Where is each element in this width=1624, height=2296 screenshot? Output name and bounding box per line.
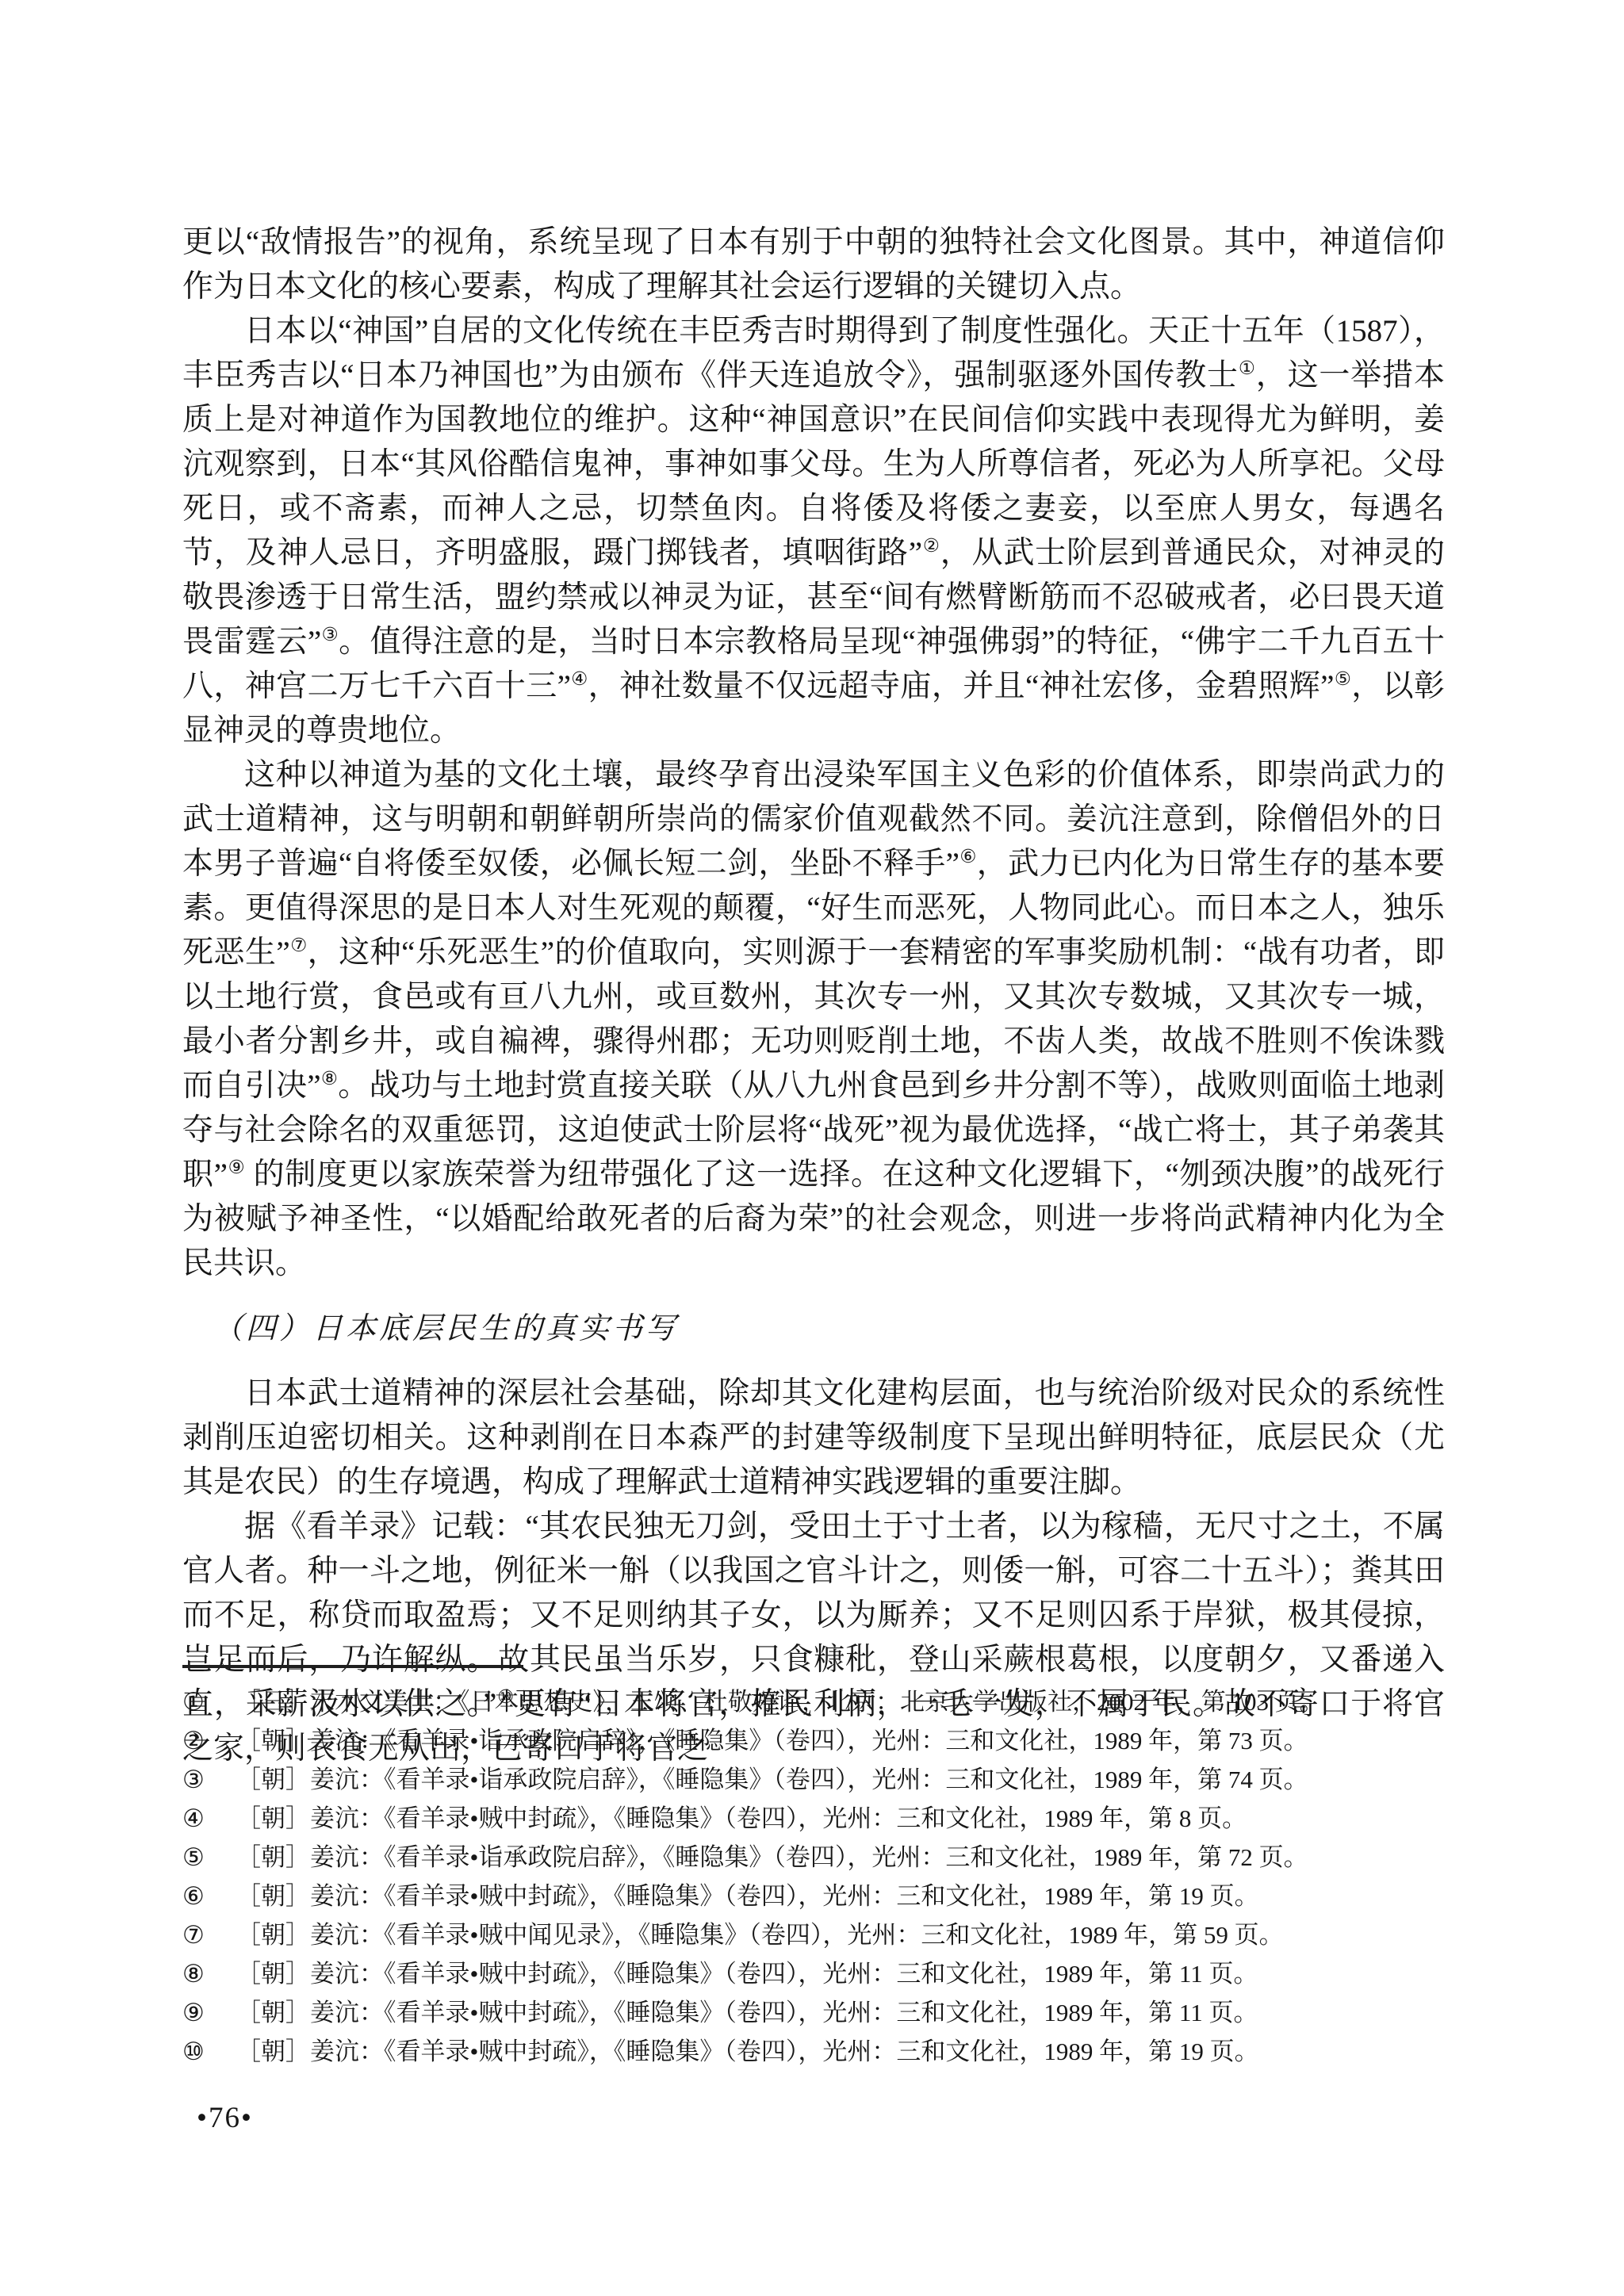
footnote-text: ［朝］姜沆：《看羊录•贼中封疏》，《睡隐集》（卷四），光州：三和文化社，1989…	[236, 1877, 1259, 1915]
footnote-ref: ④	[571, 669, 588, 690]
footnote-text: ［朝］姜沆：《看羊录•诣承政院启辞》，《睡隐集》（卷四），光州：三和文化社，19…	[236, 1760, 1308, 1799]
footnote-number: ⑧	[182, 1954, 236, 1993]
footnote-number: ②	[182, 1721, 236, 1760]
footnote-ref: ⑨	[228, 1158, 245, 1178]
footnote-text: ［朝］姜沆：《看羊录•诣承政院启辞》，《睡隐集》（卷四），光州：三和文化社，19…	[236, 1721, 1308, 1760]
footnote-number: ⑦	[182, 1915, 236, 1954]
footnote-divider	[182, 1665, 523, 1668]
footnote-item: ① ［日］末木文美士：《日本思想史》，王颂、杜敬婷译，北京：北京大学出版社，20…	[182, 1682, 1451, 1721]
footnote-text: ［朝］姜沆：《看羊录•贼中封疏》，《睡隐集》（卷四），光州：三和文化社，1989…	[236, 1954, 1258, 1993]
footnote-number: ⑤	[182, 1838, 236, 1877]
footnote-item: ⑨ ［朝］姜沆：《看羊录•贼中封疏》，《睡隐集》（卷四），光州：三和文化社，19…	[182, 1993, 1451, 2032]
footnotes-section: ① ［日］末木文美士：《日本思想史》，王颂、杜敬婷译，北京：北京大学出版社，20…	[182, 1665, 1451, 2071]
footnote-number: ④	[182, 1799, 236, 1838]
footnote-number: ⑨	[182, 1993, 236, 2032]
footnote-item: ⑤ ［朝］姜沆：《看羊录•诣承政院启辞》，《睡隐集》（卷四），光州：三和文化社，…	[182, 1838, 1451, 1877]
footnote-ref: ⑦	[290, 936, 308, 956]
footnote-item: ⑧ ［朝］姜沆：《看羊录•贼中封疏》，《睡隐集》（卷四），光州：三和文化社，19…	[182, 1954, 1451, 1993]
footnote-number: ①	[182, 1682, 236, 1721]
footnote-ref: ③	[321, 625, 339, 645]
footnote-text: ［朝］姜沆：《看羊录•贼中闻见录》，《睡隐集》（卷四），光州：三和文化社，198…	[236, 1915, 1284, 1954]
body-paragraph: 这种以神道为基的文化土壤，最终孕育出浸染军国主义色彩的价值体系，即崇尚武力的武士…	[182, 753, 1445, 1286]
footnote-text: ［朝］姜沆：《看羊录•诣承政院启辞》，《睡隐集》（卷四），光州：三和文化社，19…	[236, 1838, 1308, 1877]
footnote-text: ［朝］姜沆：《看羊录•贼中封疏》，《睡隐集》（卷四），光州：三和文化社，1989…	[236, 1993, 1258, 2032]
text-column: 更以“敌情报告”的视角，系统呈现了日本有别于中朝的独特社会文化图景。其中，神道信…	[182, 220, 1445, 1771]
body-paragraph: 日本武士道精神的深层社会基础，除却其文化建构层面，也与统治阶级对民众的系统性剥削…	[182, 1372, 1445, 1505]
footnote-number: ③	[182, 1760, 236, 1799]
footnote-item: ④ ［朝］姜沆：《看羊录•贼中封疏》，《睡隐集》（卷四），光州：三和文化社，19…	[182, 1799, 1451, 1838]
body-paragraph: 日本以“神国”自居的文化传统在丰臣秀吉时期得到了制度性强化。天正十五年（1587…	[182, 309, 1445, 753]
footnote-number: ⑩	[182, 2032, 236, 2071]
footnote-ref: ⑤	[1334, 669, 1351, 690]
footnote-ref: ⑥	[959, 847, 977, 867]
footnote-text: ［朝］姜沆：《看羊录•贼中封疏》，《睡隐集》（卷四），光州：三和文化社，1989…	[236, 2032, 1259, 2071]
footnote-item: ③ ［朝］姜沆：《看羊录•诣承政院启辞》，《睡隐集》（卷四），光州：三和文化社，…	[182, 1760, 1451, 1799]
footnote-item: ② ［朝］姜沆：《看羊录•诣承政院启辞》，《睡隐集》（卷四），光州：三和文化社，…	[182, 1721, 1451, 1760]
page-number: •76•	[197, 2101, 253, 2135]
footnote-ref: ①	[1239, 358, 1256, 379]
document-page: 更以“敌情报告”的视角，系统呈现了日本有别于中朝的独特社会文化图景。其中，神道信…	[0, 0, 1624, 2296]
section-heading: （四）日本底层民生的真实书写	[182, 1307, 1445, 1351]
footnote-item: ⑩ ［朝］姜沆：《看羊录•贼中封疏》，《睡隐集》（卷四），光州：三和文化社，19…	[182, 2032, 1451, 2071]
footnote-item: ⑥ ［朝］姜沆：《看羊录•贼中封疏》，《睡隐集》（卷四），光州：三和文化社，19…	[182, 1877, 1451, 1915]
footnote-ref: ⑧	[321, 1069, 339, 1089]
footnote-item: ⑦ ［朝］姜沆：《看羊录•贼中闻见录》，《睡隐集》（卷四），光州：三和文化社，1…	[182, 1915, 1451, 1954]
footnote-text: ［日］末木文美士：《日本思想史》，王颂、杜敬婷译，北京：北京大学出版社，2002…	[236, 1682, 1324, 1721]
body-paragraph: 更以“敌情报告”的视角，系统呈现了日本有别于中朝的独特社会文化图景。其中，神道信…	[182, 220, 1445, 309]
footnote-number: ⑥	[182, 1877, 236, 1915]
footnote-text: ［朝］姜沆：《看羊录•贼中封疏》，《睡隐集》（卷四），光州：三和文化社，1989…	[236, 1799, 1247, 1838]
footnote-ref: ②	[922, 536, 940, 557]
